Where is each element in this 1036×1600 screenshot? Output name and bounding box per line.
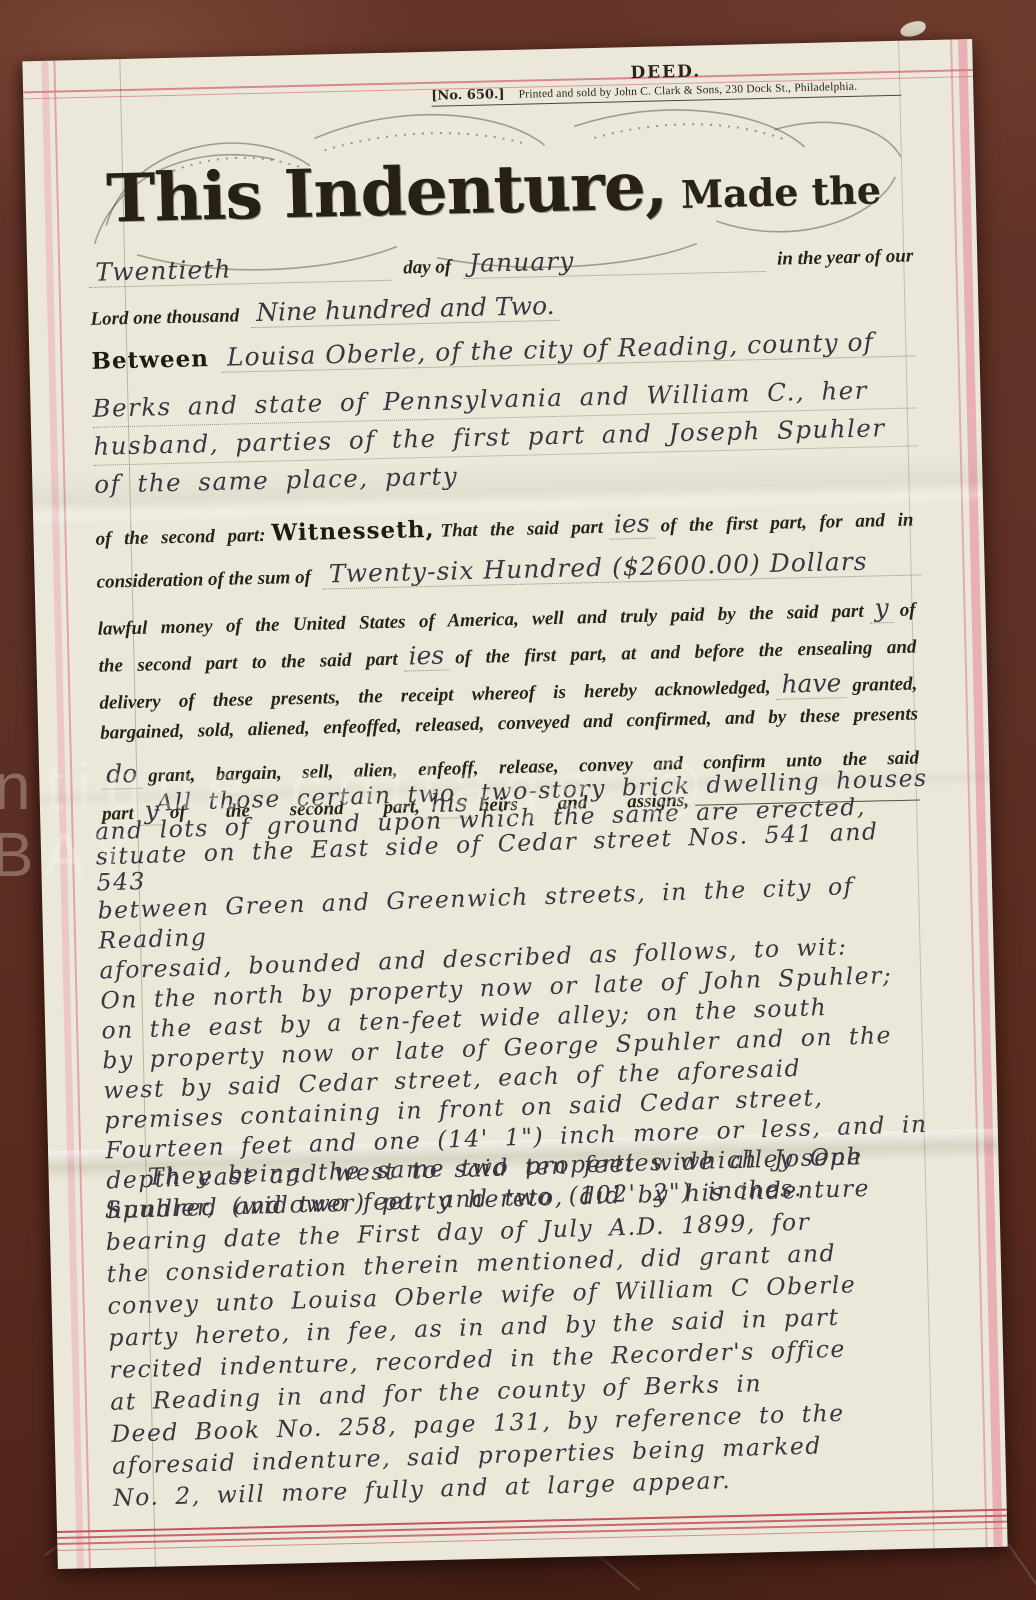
- text-segment: do: [101, 759, 143, 790]
- photo-background: DEED. [No. 650.] Printed and sold by Joh…: [0, 0, 1036, 1600]
- text-segment: of: [899, 600, 915, 621]
- text-segment: granted,: [852, 673, 917, 696]
- text-segment: Between: [91, 345, 209, 375]
- surface-paint-chip: [899, 19, 927, 38]
- text-segment: Lord one thousand: [90, 305, 239, 331]
- text-segment: the second part to the said part: [98, 649, 398, 677]
- text-segment: ies: [403, 641, 449, 672]
- text-segment: day of: [403, 256, 452, 279]
- text-segment: That the said part: [440, 517, 603, 542]
- text-segment: have: [776, 668, 847, 700]
- opening-section: Twentiethday ofJanuaryin the year of our…: [89, 238, 919, 502]
- text-segment: Witnesseth,: [271, 516, 435, 547]
- text-segment: in the year of our: [777, 245, 914, 270]
- text-segment: delivery of these presents, the receipt …: [99, 677, 770, 714]
- text-segment: Twentieth: [89, 251, 392, 288]
- deed-paper: DEED. [No. 650.] Printed and sold by Joh…: [22, 39, 1007, 1569]
- margin-rule-left-band: [41, 61, 84, 1569]
- text-segment: of the second part:: [95, 525, 265, 550]
- form-number: [No. 650.]: [431, 87, 505, 104]
- margin-rule-bottom: [57, 1509, 1007, 1533]
- text-segment: of the first part, at and before the ens…: [455, 637, 917, 669]
- prior-deed-recital: They being the same two properties which…: [103, 1138, 949, 1514]
- deed-title-main: This Indenture,: [105, 146, 667, 237]
- text-segment: of the first part, for and in: [660, 510, 913, 537]
- text-segment: Nine hundred and Two.: [251, 291, 560, 328]
- text-segment: consideration of the sum of: [96, 567, 311, 594]
- text-segment: ies: [609, 509, 655, 540]
- text-segment: January: [463, 242, 766, 279]
- deed-title-tail: Made the: [680, 167, 881, 217]
- text-segment: y: [869, 593, 894, 624]
